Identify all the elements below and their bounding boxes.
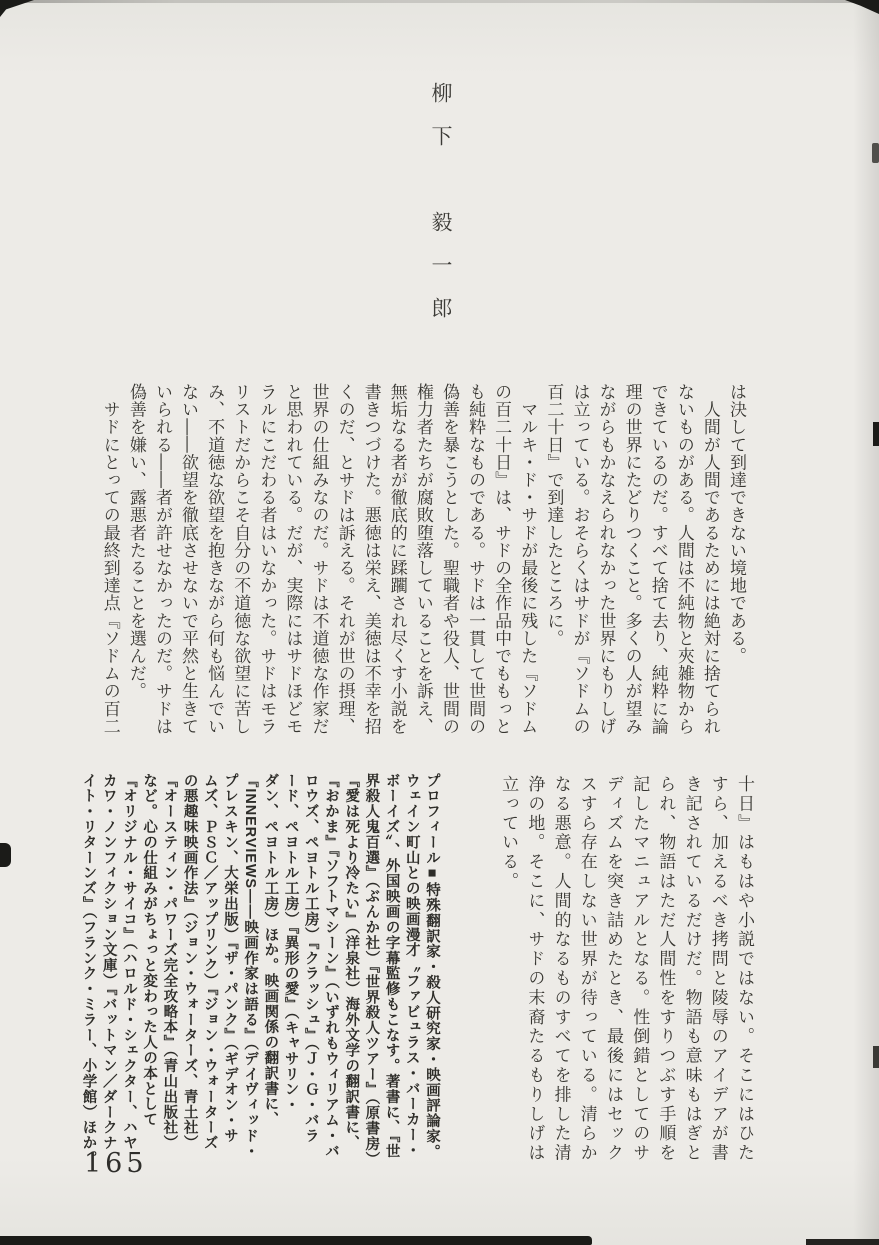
text-column: 無垢なる者が徹底的に蹂躙され尽くす小説を <box>384 383 410 743</box>
text-column: ダン、ペヨトル工房）ほか。映画関係の翻訳書に、 <box>260 773 280 1173</box>
text-column: ディズムを突き詰めたとき、最後にはセック <box>600 775 626 1171</box>
text-column: 『おかま』『ソフトマシーン』（いずれもウィリアム・バ <box>321 773 341 1173</box>
text-column: み、不道徳な欲望を抱きながら何も悩んでい <box>201 383 227 743</box>
text-column: ード、ペヨトル工房）『異形の愛』（キャサリン・ <box>280 773 300 1173</box>
text-column: すら、加えるべき拷問と陵辱のアイデアが書 <box>705 775 731 1171</box>
text-column: ラルにこだわる者はいなかった。サドはモラ <box>253 383 279 743</box>
text-column: 十日』はもはや小説ではない。そこにはひた <box>731 775 757 1171</box>
scan-artifact-bottom-left <box>0 1236 592 1245</box>
text-column: カワ・ノンフィクション文庫）『バットマン／ダークナ <box>99 773 119 1173</box>
text-column: 偽善を暴こうとした。聖職者や役人、世間の <box>436 383 462 743</box>
text-column: 世界の仕組みなのだ。サドは不道徳な作家だ <box>305 383 331 743</box>
scanned-book-page: 柳下 毅一郎 は決して到達できない境地である。 人間が人間であるためには絶対に捨… <box>0 0 879 1245</box>
profile-text: プロフィール■特殊翻訳家・殺人研究家・映画評論家。ウェイン町山との映画漫才〝ファ… <box>77 773 442 1173</box>
text-column: 界殺人鬼百選』（ぶんか社）『世界殺人ツアー』（原書房） <box>361 773 381 1173</box>
scan-artifact-right-upper <box>872 143 879 163</box>
text-column: ボーイズ〟、外国映画の字幕監修もこなす。著書に、『世 <box>381 773 401 1173</box>
text-column: 浄の地。そこに、サドの末裔たるもりしげは <box>521 775 547 1171</box>
text-column: ウェイン町山との映画漫才〝ファビュラス・バーカー・ <box>402 773 422 1173</box>
text-column: なる悪意。人間的なるものすべてを排した清 <box>547 775 573 1171</box>
text-column: 『愛は死より冷たい』（洋泉社）海外文学の翻訳書に、 <box>341 773 361 1173</box>
text-column: 『オリジナル・サイコ』（ハロルド・シェクター、ハヤ <box>119 773 139 1173</box>
scan-artifact-left-edge <box>0 843 11 867</box>
text-column: ながらもかなえられなかった世界にもりしげ <box>592 383 618 743</box>
text-column: き記されているだけだ。物語も意味もはぎと <box>678 775 704 1171</box>
text-column: ロウズ、ペヨトル工房）『クラッシュ』（Ｊ・Ｇ・バラ <box>301 773 321 1173</box>
text-column: マルキ・ド・サドが最後に残した『ソドム <box>514 383 540 743</box>
text-column: 百二十日』で到達したところに。 <box>540 383 566 743</box>
essay-part-1: は決して到達できない境地である。 人間が人間であるためには絶対に捨てられないもの… <box>93 383 749 743</box>
text-column: 理の世界にたどりつくこと。多くの人が望み <box>619 383 645 743</box>
scan-edge-line-top <box>0 0 879 3</box>
essay-part-2: 十日』はもはや小説ではない。そこにはひたすら、加えるべき拷問と陵辱のアイデアが書… <box>493 775 757 1171</box>
text-column: の悪趣味映画作法』（ジョン・ウォーターズ、青土社） <box>179 773 199 1173</box>
text-column: は決して到達できない境地である。 <box>723 383 749 743</box>
text-column: られ、物語はただ人間性をすりつぶす手順を <box>652 775 678 1171</box>
text-column: 人間が人間であるためには絶対に捨てられ <box>697 383 723 743</box>
text-column: 権力者たちが腐敗堕落していることを訴え、 <box>410 383 436 743</box>
text-column: も純粋なものである。サドは一貫して世間の <box>462 383 488 743</box>
text-column: 『INNERVIEWS――映画作家は語る』（デイヴィッド・ <box>240 773 260 1173</box>
scan-artifact-bottom-right <box>806 1239 879 1245</box>
text-column: 立っている。 <box>495 775 521 1171</box>
text-column: 偽善を嫌い、露悪者たることを選んだ。 <box>123 383 149 743</box>
page-number: 165 <box>84 1148 148 1179</box>
scan-artifact-right-middle <box>873 422 879 446</box>
text-column: サドにとっての最終到達点『ソドムの百二 <box>97 383 123 743</box>
text-column: 書きつづけた。悪徳は栄え、美徳は不幸を招 <box>358 383 384 743</box>
text-column: リストだからこそ自分の不道徳な欲望に苦し <box>227 383 253 743</box>
author-name: 柳下 毅一郎 <box>426 82 456 340</box>
text-column: プロフィール■特殊翻訳家・殺人研究家・映画評論家。 <box>422 773 442 1173</box>
scan-artifact-right-lower <box>873 1046 879 1068</box>
text-column: ムズ、ＰＳＣ／アップリンク）『ジョン・ウォーターズ <box>200 773 220 1173</box>
text-column: の百二十日』は、サドの全作品中でももっと <box>488 383 514 743</box>
text-column: など。心の仕組みがちょっと変わった人の本として <box>139 773 159 1173</box>
text-column: いられる――者が許せなかったのだ。サドは <box>149 383 175 743</box>
text-column: ないものがある。人間は不純物と夾雑物から <box>671 383 697 743</box>
text-column: 『オースティン・パワーズ完全攻略本』（青山出版社） <box>159 773 179 1173</box>
text-column: くのだ、とサドは訴える。それが世の摂理、 <box>332 383 358 743</box>
text-column: 記したマニュアルとなる。性倒錯としてのサ <box>626 775 652 1171</box>
text-column: スすら存在しない世界が待っている。清らか <box>574 775 600 1171</box>
text-column: ない――欲望を徹底させないで平然と生きて <box>175 383 201 743</box>
text-column: は立っている。おそらくはサドが『ソドムの <box>566 383 592 743</box>
text-column: プレスキン、大栄出版）『ザ・パンク』（ギデオン・サ <box>220 773 240 1173</box>
text-column: できているのだ。すべて捨て去り、純粋に論 <box>645 383 671 743</box>
text-column: イト・リターンズ』（フランク・ミラー、小学館）ほか。 <box>78 773 98 1173</box>
text-column: と思われている。だが、実際にはサドほどモ <box>279 383 305 743</box>
